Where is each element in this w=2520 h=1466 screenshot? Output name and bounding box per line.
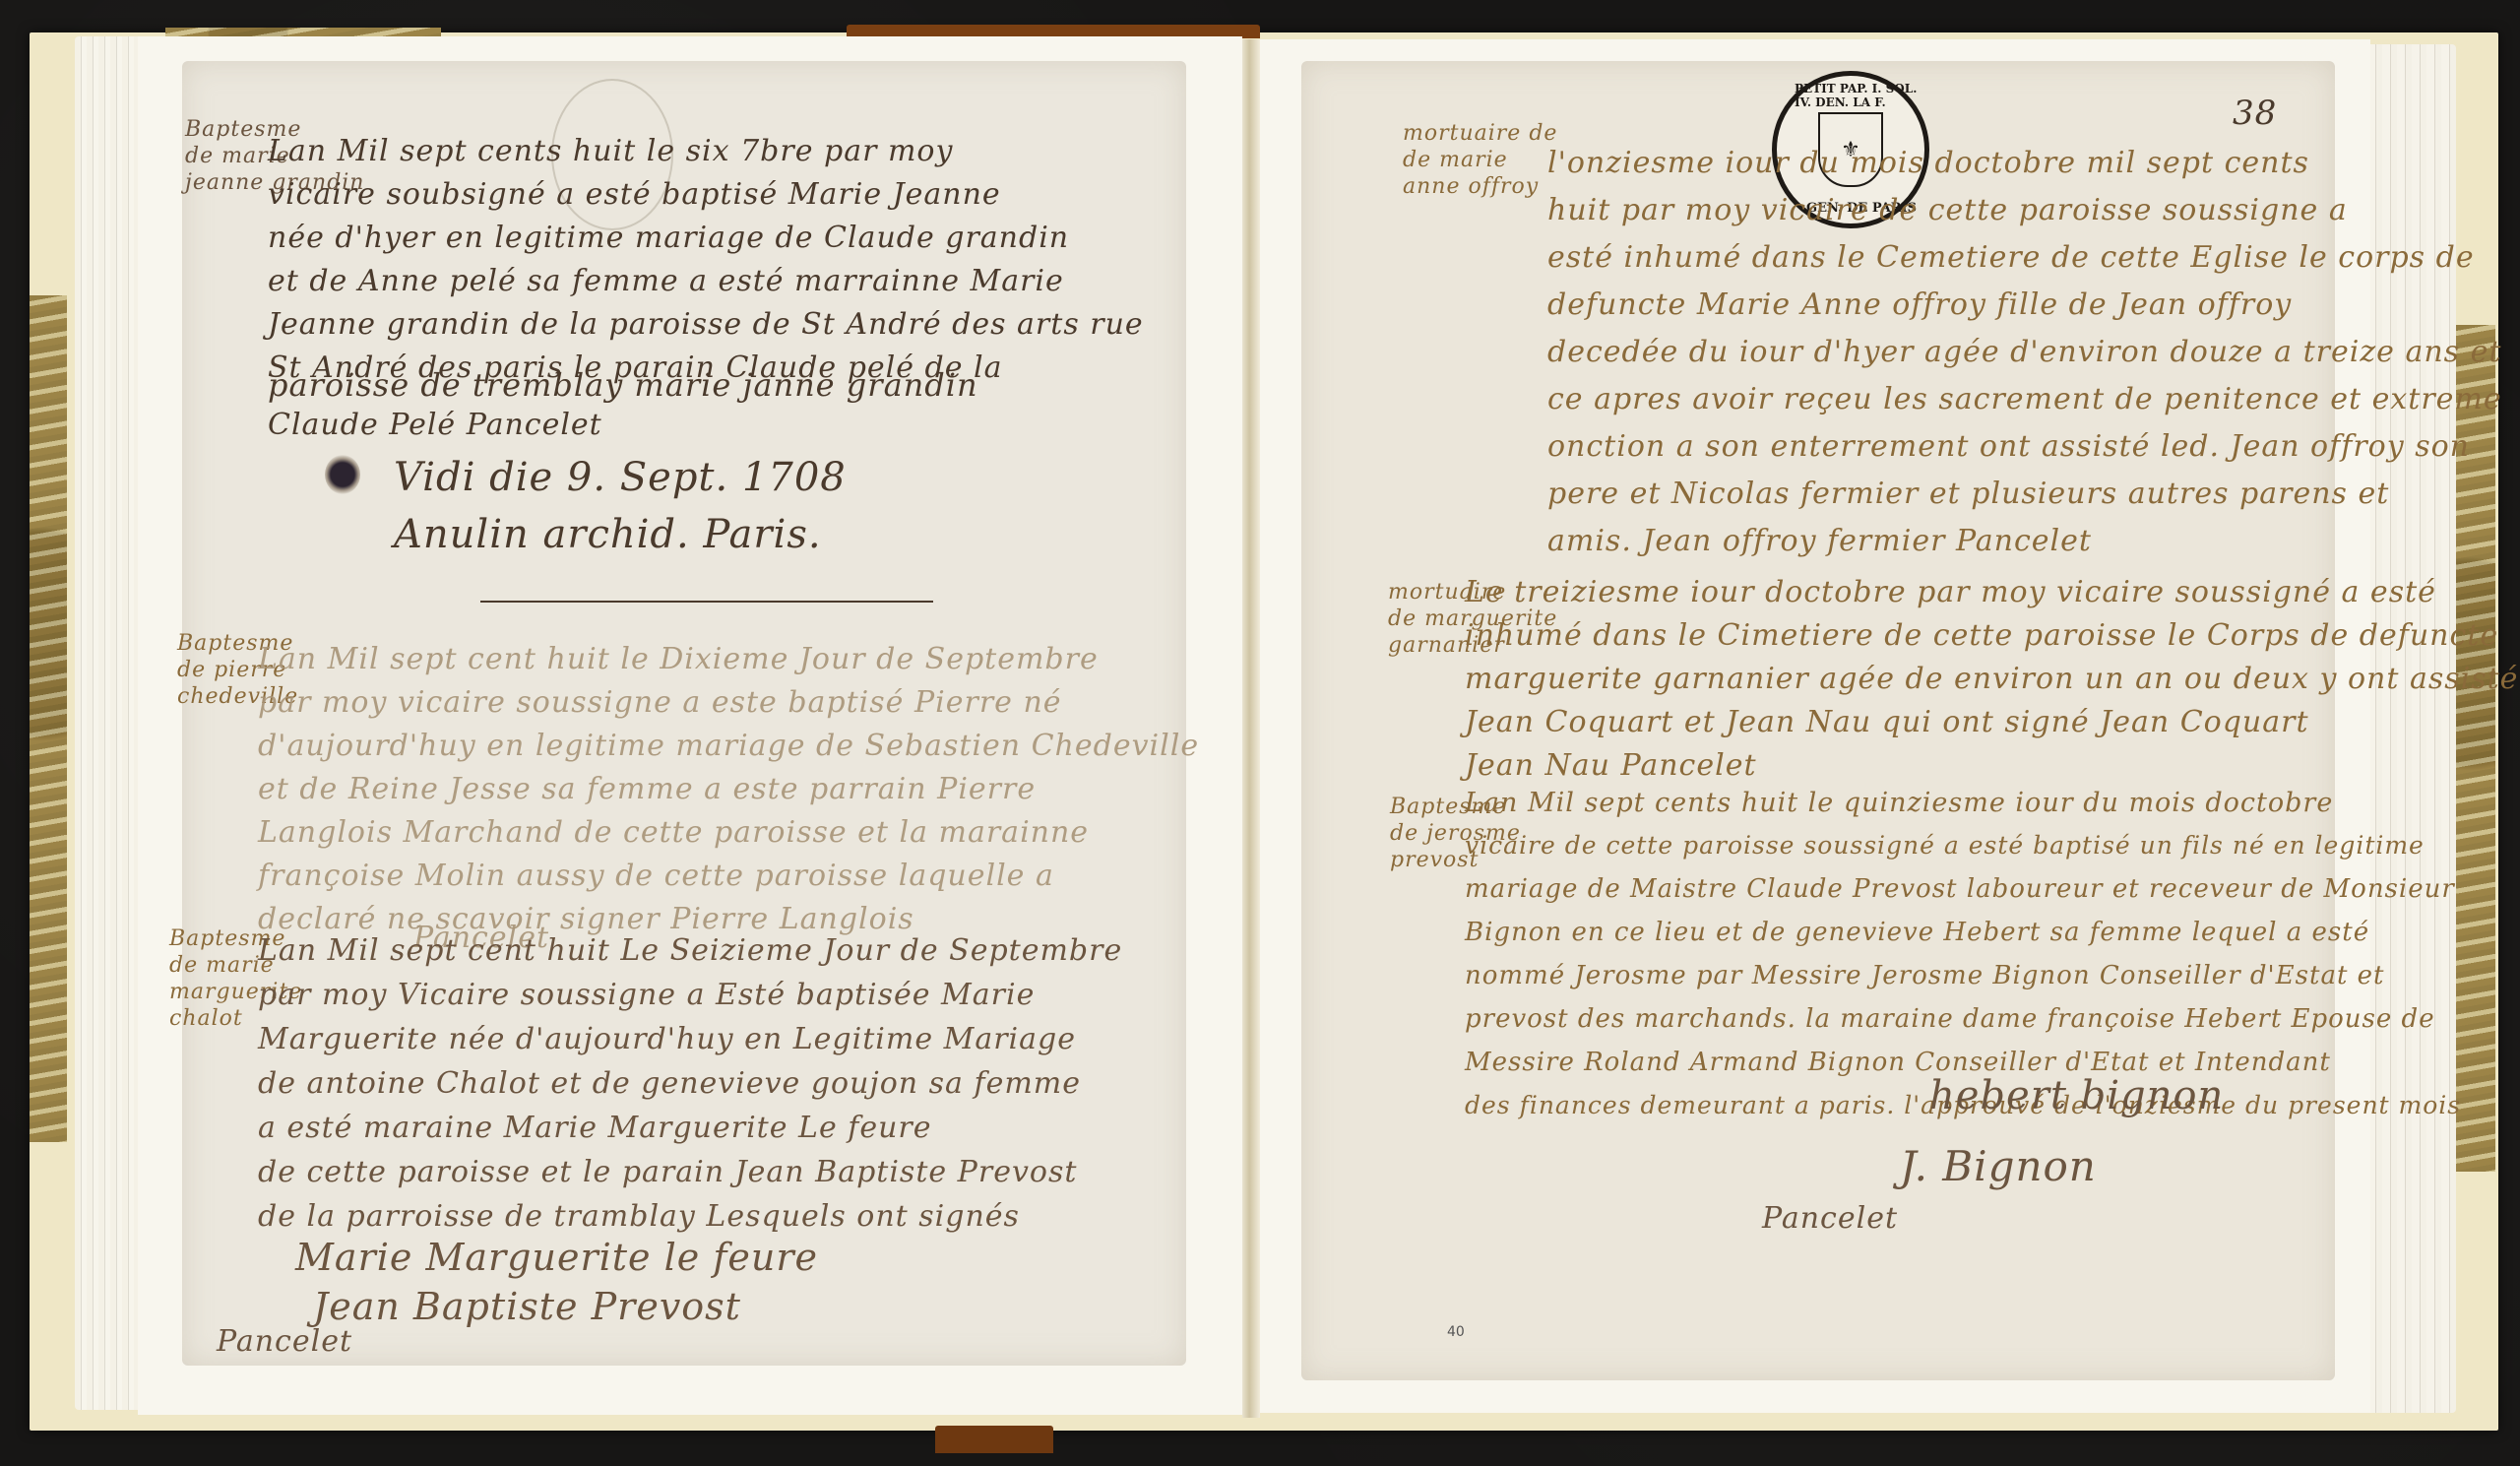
page-number: 40 [1447,1324,1465,1340]
folio-number: 38 [2233,94,2277,133]
signature: Pancelet [217,1324,352,1359]
entry-line: vicaire soubsigné a esté baptisé Marie J… [268,177,1001,221]
entry-line: marguerite garnanier agée de environ un … [1465,662,2518,705]
entry-line: de antoine Chalot et de genevieve goujon… [258,1066,1081,1110]
signature: Marie Marguerite le feure [295,1236,818,1279]
entry-line: nommé Jerosme par Messire Jerosme Bignon… [1465,961,2385,1004]
entry-line: ce apres avoir reçeu les sacrement de pe… [1547,382,2502,425]
entry-line: Jean Coquart et Jean Nau qui ont signé J… [1465,705,2309,748]
entry-line: Le treiziesme iour doctobre par moy vica… [1465,575,2436,618]
entry-line: mariage de Maistre Claude Prevost labour… [1465,874,2455,918]
entry-line: Marguerite née d'aujourd'huy en Legitime… [258,1022,1076,1065]
entry-line: par moy vicaire soussigne a este baptisé… [258,685,1062,729]
entry-line: par moy Vicaire soussigne a Esté baptisé… [258,978,1035,1021]
entry-line: Langlois Marchand de cette paroisse et l… [258,815,1089,859]
signature: Pancelet [1762,1201,1898,1236]
entry-line: Jeanne grandin de la paroisse de St Andr… [268,307,1144,351]
entry-line: Lan Mil sept cent huit Le Seizieme Jour … [258,933,1122,977]
ink-blot [325,455,360,494]
visa-line: Vidi die 9. Sept. 1708 [394,455,847,500]
entry-line: pere et Nicolas fermier et plusieurs aut… [1547,477,2389,520]
entry-line: onction a son enterrement ont assisté le… [1547,429,2470,473]
signature: J. Bignon [1900,1142,2097,1190]
stamp-outer-text: PETIT PAP. I. SOL. IV. DEN. LA F. [1795,82,1924,109]
signature: Jean Baptiste Prevost [313,1285,741,1328]
entry-line: huit par moy vicaire de cette paroisse s… [1547,193,2348,236]
entry-line: Lan Mil sept cents huit le six 7bre par … [268,134,953,177]
entry-line: née d'hyer en legitime mariage de Claude… [268,221,1069,264]
marbled-endpaper-left [30,295,67,1142]
entry-line: Lan Mil sept cent huit le Dixieme Jour d… [258,642,1099,685]
spine-bookcloth-bottom [935,1426,1053,1453]
entry-line: et de Anne pelé sa femme a esté marrainn… [268,264,1064,307]
entry-line: a esté maraine Marie Marguerite Le feure [258,1111,932,1154]
entry-line: esté inhumé dans le Cemetiere de cette E… [1547,240,2475,284]
entry-line: d'aujourd'huy en legitime mariage de Seb… [258,729,1199,772]
book-gutter [1242,39,1260,1418]
signature: hebert bignon [1929,1073,2224,1118]
entry-line: françoise Molin aussy de cette paroisse … [258,859,1054,902]
signature-line: Claude Pelé Pancelet [268,408,602,451]
margin-note: mortuaire de de marie anne offroy [1403,120,1557,200]
entry-line: vicaire de cette paroisse soussigné a es… [1465,831,2425,874]
entry-line: de cette paroisse et le parain Jean Bapt… [258,1155,1077,1198]
page-edges-left [75,36,144,1410]
entry-line: paroisse de tremblay marie janne grandin [268,366,978,410]
signature-line: amis. Jean offroy fermier Pancelet [1547,524,2092,567]
visa-signature: Anulin archid. Paris. [394,512,822,557]
entry-line: Lan Mil sept cents huit le quinziesme io… [1465,788,2333,831]
entry-line: decedée du iour d'hyer agée d'environ do… [1547,335,2501,378]
entry-line: l'onziesme iour du mois doctobre mil sep… [1547,146,2309,189]
signature-line: Jean Nau Pancelet [1465,748,1757,792]
entry-line: Bignon en ce lieu et de genevieve Hebert… [1465,918,2369,961]
entry-line: et de Reine Jesse sa femme a este parrai… [258,772,1036,815]
divider-rule [480,601,933,603]
entry-line: prevost des marchands. la maraine dame f… [1465,1004,2435,1048]
entry-line: inhumé dans le Cimetiere de cette parois… [1465,618,2498,662]
entry-line: defuncte Marie Anne offroy fille de Jean… [1547,287,2292,331]
